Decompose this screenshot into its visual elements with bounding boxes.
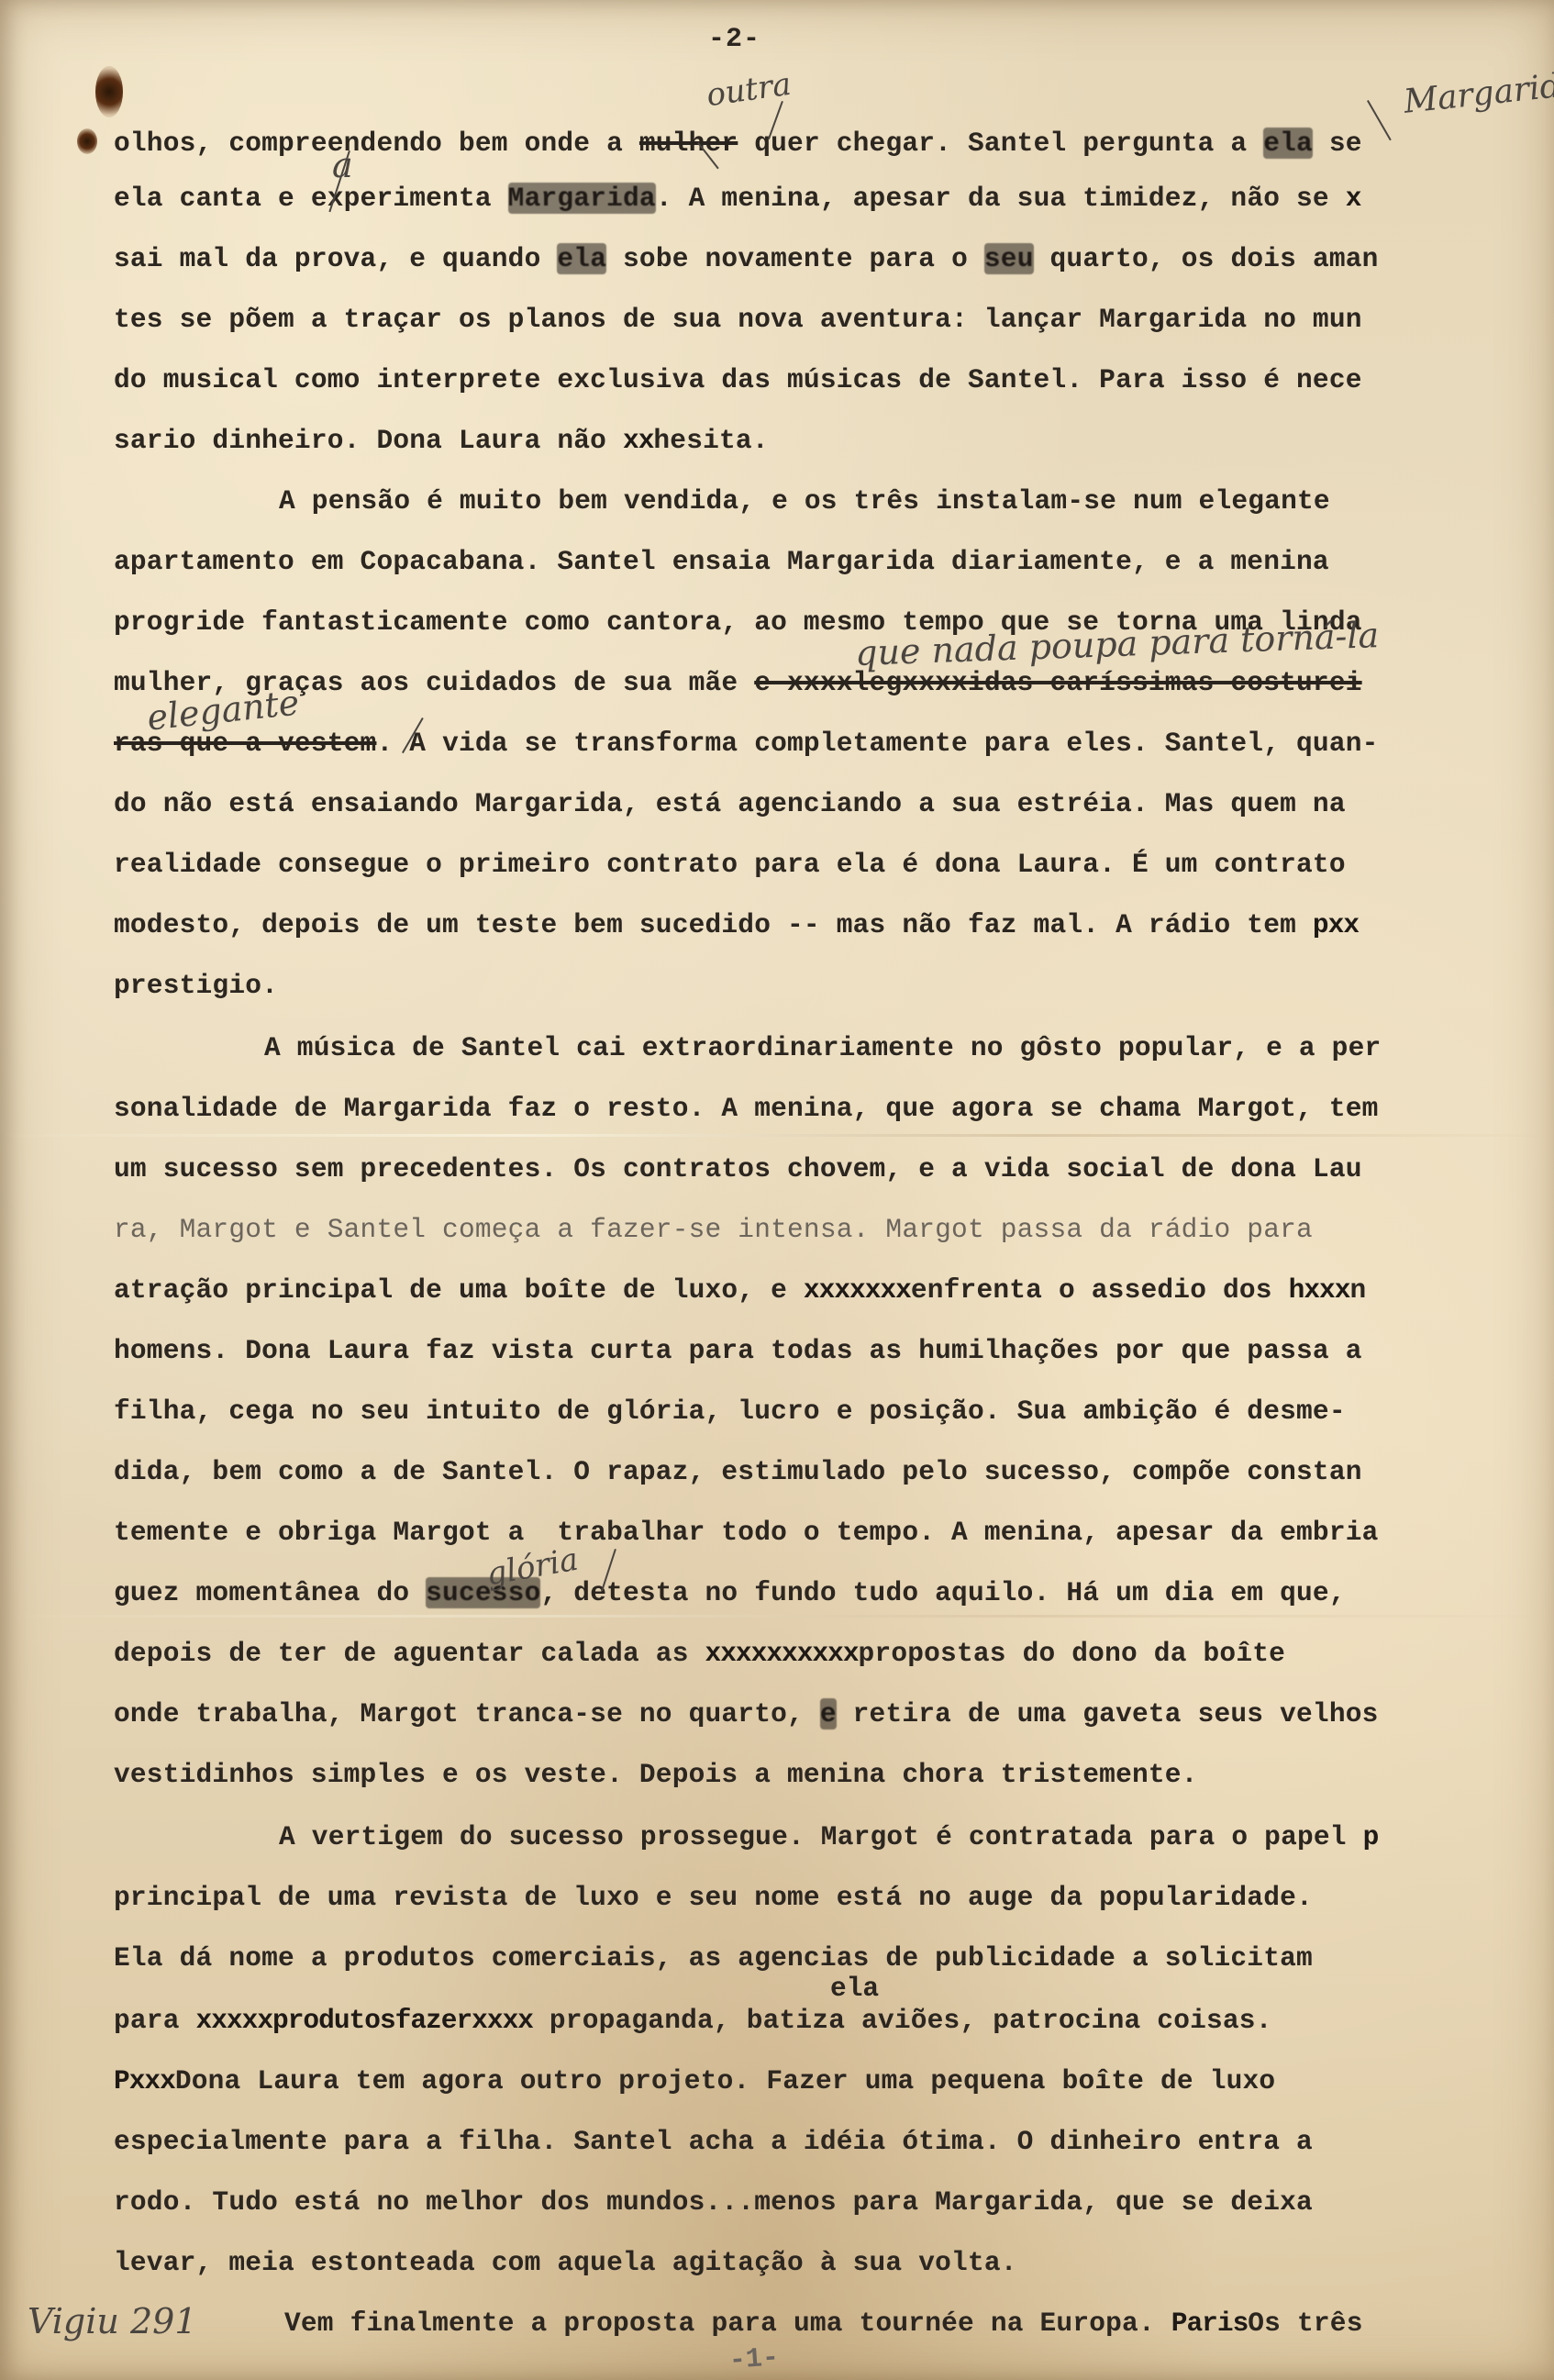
text-segment: Vem finalmente a proposta para uma tourn… — [284, 2308, 1171, 2339]
text-segment: A pensão é muito bem vendida, e os três … — [279, 485, 1330, 517]
text-segment: tes se põem a traçar os planos de sua no… — [114, 304, 1362, 335]
text-line: ras que a vestem. A vida se transforma c… — [114, 727, 1379, 760]
text-segment: sai mal da prova, e quando — [114, 243, 557, 274]
text-line: atração principal de uma boîte de luxo, … — [114, 1273, 1366, 1307]
text-segment: para — [114, 2005, 196, 2036]
text-segment: sario dinheiro. Dona Laura não — [114, 425, 623, 456]
text-segment: propaganda, batiza aviões, patrocina coi… — [533, 2005, 1272, 2036]
text-line: sai mal da prova, e quando ela sobe nova… — [114, 242, 1379, 275]
text-segment: ela canta e experimenta — [114, 183, 508, 214]
text-segment: enfrenta o assedio dos — [911, 1274, 1289, 1306]
text-line: guez momentânea do sucesso, detesta no f… — [114, 1576, 1346, 1609]
text-segment: rodo. Tudo está no melhor dos mundos...m… — [114, 2186, 1313, 2218]
text-line: depois de ter de aguentar calada as xxxx… — [114, 1637, 1285, 1670]
text-segment: principal de uma revista de luxo e seu n… — [114, 1882, 1313, 1913]
text-line: principal de uma revista de luxo e seu n… — [114, 1881, 1313, 1914]
page-number-bottom: -1- — [728, 2342, 780, 2377]
text-segment: homens. Dona Laura faz vista curta para … — [114, 1335, 1362, 1366]
text-line: especialmente para a filha. Santel acha … — [114, 2125, 1313, 2158]
text-line: sonalidade de Margarida faz o resto. A m… — [114, 1092, 1379, 1125]
text-line: levar, meia estonteada com aquela agitaç… — [114, 2246, 1017, 2279]
ink-blot-icon — [77, 128, 97, 154]
text-line: mulher, graças aos cuidados de sua mãe e… — [114, 666, 1362, 699]
smudged-deletion: Margarida — [508, 183, 656, 214]
text-segment: , detesta no fundo tudo aquilo. Há um di… — [540, 1577, 1345, 1608]
correction-caret-icon — [1367, 100, 1392, 140]
text-segment: quarto, os dois aman — [1034, 243, 1379, 274]
text-line: A música de Santel cai extraordinariamen… — [264, 1031, 1381, 1064]
text-segment: apartamento em Copacabana. Santel ensaia… — [114, 546, 1329, 577]
text-line: sario dinheiro. Dona Laura não xxhesita. — [114, 424, 769, 457]
text-segment: quer chegar. Santel pergunta a — [738, 128, 1263, 159]
typed-over-text: Paris — [1171, 2308, 1249, 2339]
text-segment: ra, Margot e Santel começa a fazer-se in… — [114, 1214, 1313, 1245]
text-line: vestidinhos simples e os veste. Depois a… — [114, 1758, 1198, 1791]
text-segment: n — [1349, 1274, 1366, 1306]
text-segment: A vertigem do sucesso prossegue. Margot … — [279, 1821, 1363, 1852]
text-line: ra, Margot e Santel começa a fazer-se in… — [114, 1213, 1313, 1246]
text-line: modesto, depois de um teste bem sucedido… — [114, 908, 1359, 941]
text-line: dida, bem como a de Santel. O rapaz, est… — [114, 1455, 1362, 1488]
typed-over-text: Pxxx — [114, 2065, 175, 2096]
text-line: filha, cega no seu intuito de glória, lu… — [114, 1395, 1346, 1428]
text-line: olhos, compreendendo bem onde a mulher q… — [114, 127, 1362, 160]
text-segment: Os três — [1248, 2308, 1362, 2339]
text-line: PxxxDona Laura tem agora outro projeto. … — [114, 2064, 1275, 2097]
smudged-deletion: e — [820, 1698, 837, 1729]
text-segment: dida, bem como a de Santel. O rapaz, est… — [114, 1456, 1362, 1487]
typed-over-text: xxxxxxx — [804, 1274, 911, 1306]
struck-text: e xxxxlegxxxxidas caríssimas costurei — [754, 667, 1361, 698]
text-segment: modesto, depois de um teste bem sucedido… — [114, 909, 1313, 940]
typed-over-text: xxxxxprodutosfazerxxxx — [196, 2005, 533, 2036]
text-segment: hesita. — [653, 425, 768, 456]
typed-over-text: xx — [623, 425, 653, 456]
text-line: onde trabalha, Margot tranca-se no quart… — [114, 1697, 1379, 1730]
paper-crease — [0, 1134, 1554, 1137]
text-line: Vem finalmente a proposta para uma tourn… — [284, 2307, 1363, 2340]
text-line: prestigio. — [114, 969, 278, 1002]
text-line: temente e obriga Margot a trabalhar todo… — [114, 1516, 1379, 1549]
text-segment: retira de uma gaveta seus velhos — [837, 1698, 1379, 1729]
handwritten-annotation: Margarid — [1402, 67, 1554, 121]
typed-over-text: x — [1346, 183, 1361, 214]
text-segment: levar, meia estonteada com aquela agitaç… — [114, 2247, 1017, 2278]
smudged-deletion: ela — [1263, 128, 1313, 159]
text-line: do não está ensaiando Margarida, está ag… — [114, 787, 1346, 820]
paper-crease — [0, 1615, 1554, 1618]
text-segment: especialmente para a filha. Santel acha … — [114, 2126, 1313, 2157]
text-segment: realidade consegue o primeiro contrato p… — [114, 849, 1346, 880]
text-segment: olhos, compreendendo bem onde a — [114, 128, 639, 159]
typed-over-text: xxxxxxxxxx — [705, 1638, 859, 1669]
ink-blot-icon — [95, 66, 123, 117]
text-segment: sonalidade de Margarida faz o resto. A m… — [114, 1093, 1379, 1124]
text-line: A vertigem do sucesso prossegue. Margot … — [279, 1820, 1378, 1853]
text-segment: vestidinhos simples e os veste. Depois a… — [114, 1759, 1198, 1790]
text-segment: um sucesso sem precedentes. Os contratos… — [114, 1153, 1362, 1184]
text-segment: . A menina, apesar da sua timidez, não s… — [656, 183, 1346, 214]
text-segment: do musical como interprete exclusiva das… — [114, 364, 1362, 395]
text-line: rodo. Tudo está no melhor dos mundos...m… — [114, 2185, 1313, 2219]
text-segment: . A vida se transforma completamente par… — [376, 728, 1378, 759]
text-segment: filha, cega no seu intuito de glória, lu… — [114, 1396, 1346, 1427]
smudged-deletion: seu — [984, 243, 1034, 274]
text-segment: do não está ensaiando Margarida, está ag… — [114, 788, 1346, 819]
manuscript-page: -2- olhos, compreendendo bem onde a mulh… — [0, 0, 1554, 2380]
text-segment: Ela dá nome a produtos comerciais, as ag… — [114, 1942, 1313, 1974]
text-line: homens. Dona Laura faz vista curta para … — [114, 1334, 1362, 1367]
text-line: A pensão é muito bem vendida, e os três … — [279, 484, 1330, 517]
text-line: do musical como interprete exclusiva das… — [114, 363, 1362, 396]
text-segment: temente e obriga Margot a trabalhar todo… — [114, 1517, 1379, 1548]
text-line: para xxxxxprodutosfazerxxxx propaganda, … — [114, 2004, 1272, 2037]
typed-over-text: pxx — [1313, 909, 1359, 940]
text-segment: guez momentânea do — [114, 1577, 426, 1608]
text-line: realidade consegue o primeiro contrato p… — [114, 848, 1346, 881]
text-line: tes se põem a traçar os planos de sua no… — [114, 303, 1362, 336]
text-line: um sucesso sem precedentes. Os contratos… — [114, 1152, 1362, 1185]
typed-insertion: ela — [830, 1973, 879, 2004]
text-segment: propostas do dono da boîte — [859, 1638, 1285, 1669]
text-segment: atração principal de uma boîte de luxo, … — [114, 1274, 804, 1306]
page-number-top: -2- — [708, 24, 760, 55]
text-line: ela canta e experimenta Margarida. A men… — [114, 182, 1360, 215]
handwritten-annotation: Vigiu 291 — [28, 2301, 197, 2341]
text-segment: Dona Laura tem agora outro projeto. Faze… — [175, 2065, 1276, 2096]
text-segment: prestigio. — [114, 970, 278, 1001]
struck-text: mulher — [639, 128, 738, 159]
text-segment: depois de ter de aguentar calada as — [114, 1638, 705, 1669]
text-segment: sobe novamente para o — [606, 243, 984, 274]
typed-over-text: hxxx — [1289, 1274, 1350, 1306]
typed-over-text: p — [1363, 1821, 1379, 1852]
text-line: apartamento em Copacabana. Santel ensaia… — [114, 545, 1329, 578]
text-segment: se — [1313, 128, 1362, 159]
text-segment: onde trabalha, Margot tranca-se no quart… — [114, 1698, 820, 1729]
text-segment: A música de Santel cai extraordinariamen… — [264, 1032, 1381, 1063]
smudged-deletion: ela — [557, 243, 606, 274]
text-line: Ela dá nome a produtos comerciais, as ag… — [114, 1941, 1313, 1974]
